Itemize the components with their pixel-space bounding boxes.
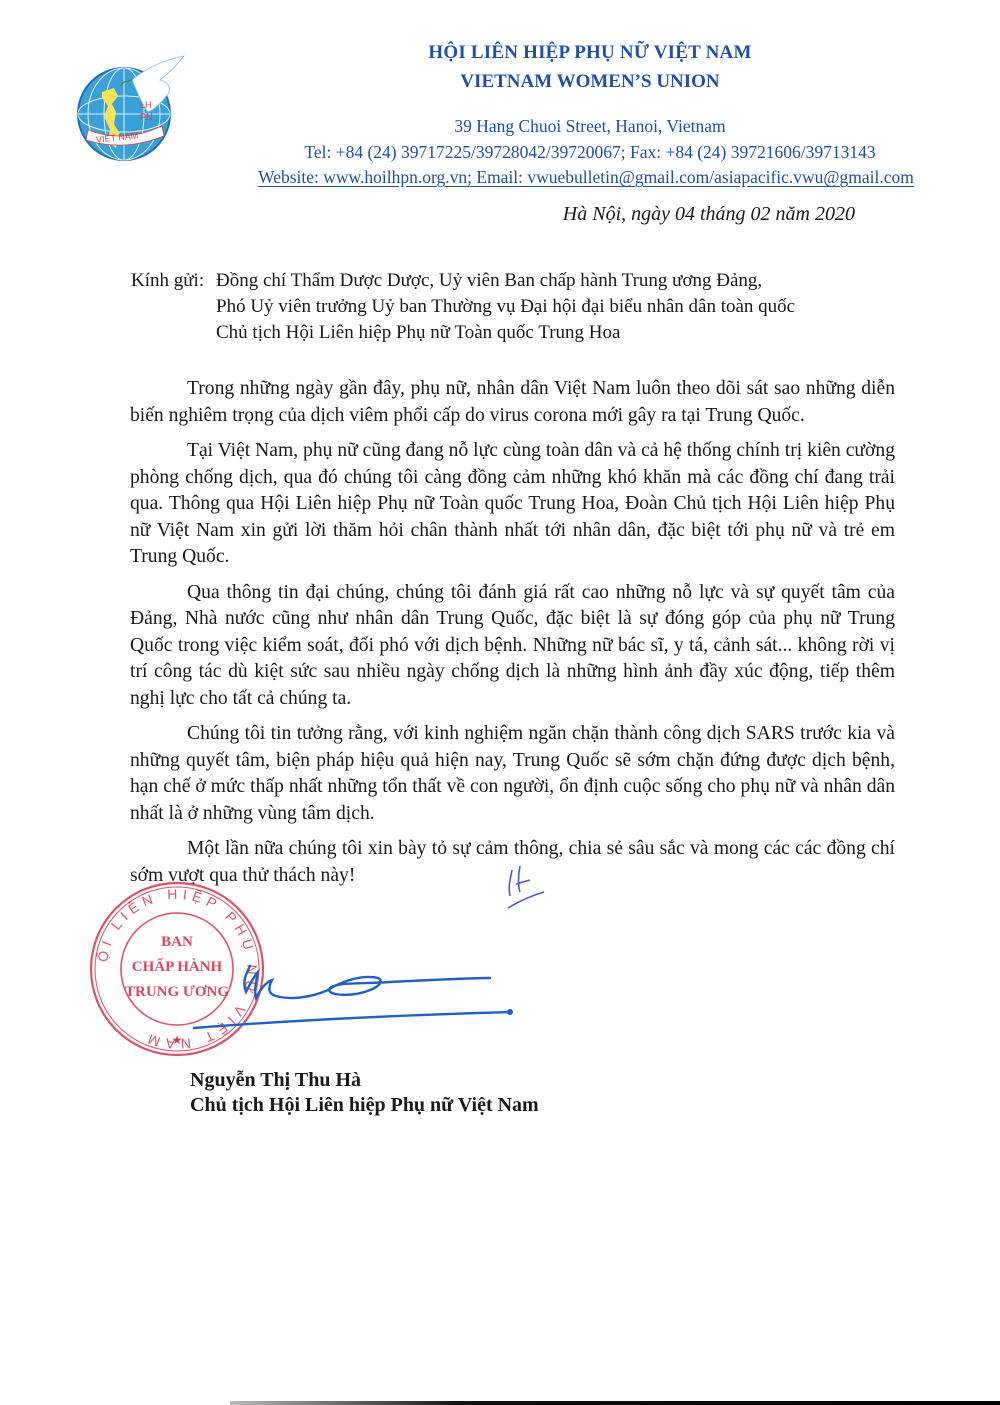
- org-phone-fax: Tel: +84 (24) 39717225/39728042/39720067…: [230, 142, 950, 163]
- body-paragraph: Chúng tôi tin tưởng rằng, với kinh nghiệ…: [130, 721, 895, 827]
- signer-name: Nguyễn Thị Thu Hà: [190, 1068, 539, 1093]
- org-name-vietnamese: HỘI LIÊN HIỆP PHỤ NỮ VIỆT NAM: [230, 42, 950, 64]
- date-line: Hà Nội, ngày 04 tháng 02 năm 2020: [563, 203, 855, 226]
- recipient-line: Chủ tịch Hội Liên hiệp Phụ nữ Toàn quốc …: [131, 320, 795, 346]
- vietnam-womens-union-logo-icon: LH PN VIET NAM: [72, 52, 188, 162]
- letter-body: Trong những ngày gần đây, phụ nữ, nhân d…: [130, 376, 895, 898]
- recipient-line: Đồng chí Thẩm Dược Dược, Uỷ viên Ban chấ…: [216, 270, 762, 291]
- recipient-block: Kính gửi:Đồng chí Thẩm Dược Dược, Uỷ viê…: [131, 268, 795, 346]
- letter-page: LH PN VIET NAM HỘI LIÊN HIỆP PHỤ NỮ VIỆT…: [0, 0, 1000, 1405]
- handwritten-initials-icon: [500, 862, 550, 912]
- svg-text:BAN: BAN: [161, 934, 193, 950]
- scan-edge-divider: [230, 1401, 1000, 1405]
- signer-block: Nguyễn Thị Thu Hà Chủ tịch Hội Liên hiệp…: [190, 1068, 539, 1118]
- svg-text:LH: LH: [140, 100, 152, 110]
- signer-title: Chủ tịch Hội Liên hiệp Phụ nữ Việt Nam: [190, 1093, 539, 1118]
- org-website-email: Website: www.hoilhpn.org.vn; Email: vwue…: [232, 167, 940, 188]
- body-paragraph: Qua thông tin đại chúng, chúng tôi đánh …: [130, 580, 895, 713]
- recipient-label: Kính gửi:: [131, 268, 216, 294]
- handwritten-signature-icon: [150, 960, 520, 1040]
- svg-text:PN: PN: [140, 112, 153, 122]
- recipient-line: Phó Uỷ viên trưởng Uỷ ban Thường vụ Đại …: [131, 294, 795, 320]
- body-paragraph: Tại Việt Nam, phụ nữ cũng đang nỗ lực cù…: [130, 438, 895, 571]
- org-name-english: VIETNAM WOMEN’S UNION: [230, 71, 950, 93]
- org-address: 39 Hang Chuoi Street, Hanoi, Vietnam: [230, 116, 950, 137]
- body-paragraph: Trong những ngày gần đây, phụ nữ, nhân d…: [130, 376, 895, 429]
